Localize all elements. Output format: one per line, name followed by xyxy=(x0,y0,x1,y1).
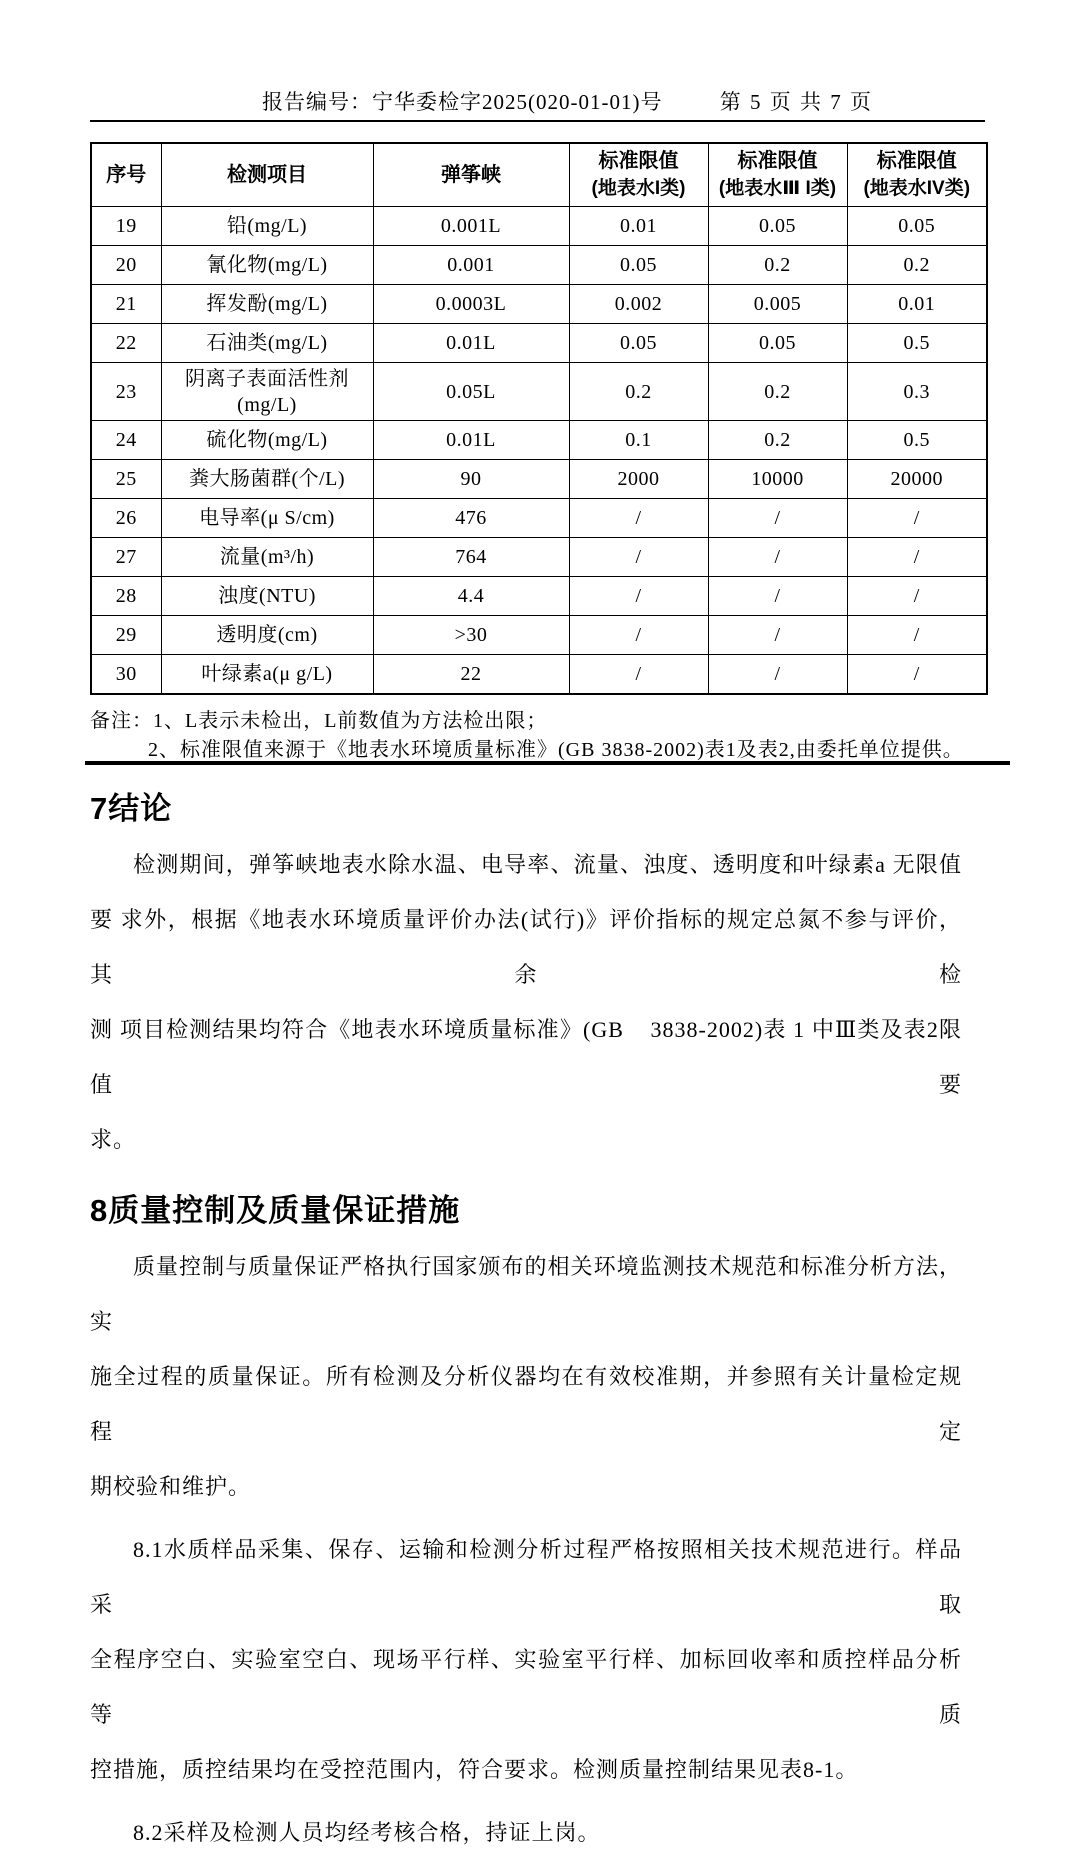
cell-limit1: 0.05 xyxy=(569,324,708,363)
note-line-2: 2、标准限值来源于《地表水环境质量标准》(GB 3838-2002)表1及表2,… xyxy=(148,736,985,765)
col-limit3-sub: (地表水Ⅲ I类) xyxy=(713,175,843,202)
cell-no: 28 xyxy=(91,577,161,616)
col-limit4-title: 标准限值 xyxy=(852,148,983,175)
cell-no: 21 xyxy=(91,285,161,324)
cell-item: 叶绿素a(μ g/L) xyxy=(161,655,373,695)
cell-site-value: 0.01L xyxy=(373,421,569,460)
table-row: 23 阴离子表面活性剂 (mg/L) 0.05L 0.2 0.2 0.3 xyxy=(91,363,987,421)
cell-limit4: 0.5 xyxy=(847,421,987,460)
cell-limit1: 0.05 xyxy=(569,246,708,285)
cell-site-value: >30 xyxy=(373,616,569,655)
table-row: 22 石油类(mg/L) 0.01L 0.05 0.05 0.5 xyxy=(91,324,987,363)
cell-no: 23 xyxy=(91,363,161,421)
table-row: 30 叶绿素a(μ g/L) 22 / / / xyxy=(91,655,987,695)
cell-limit4: 0.5 xyxy=(847,324,987,363)
table-row: 29 透明度(cm) >30 / / / xyxy=(91,616,987,655)
conclusion-paragraph: 检测期间，弹筝峡地表水除水温、电导率、流量、浊度、透明度和叶绿素a 无限值 要 … xyxy=(90,837,962,1167)
cell-limit4: / xyxy=(847,499,987,538)
table-row: 21 挥发酚(mg/L) 0.0003L 0.002 0.005 0.01 xyxy=(91,285,987,324)
cell-limit4: / xyxy=(847,655,987,695)
cell-limit3: / xyxy=(708,499,847,538)
cell-no: 19 xyxy=(91,207,161,246)
paragraph-line: 全程序空白、实验室空白、现场平行样、实验室平行样、加标回收率和质控样品分析等质 xyxy=(90,1632,962,1742)
cell-limit3: / xyxy=(708,616,847,655)
cell-site-value: 0.001 xyxy=(373,246,569,285)
cell-limit1: / xyxy=(569,577,708,616)
col-header-limit1: 标准限值 (地表水I类) xyxy=(569,143,708,207)
cell-limit3: / xyxy=(708,538,847,577)
cell-site-value: 22 xyxy=(373,655,569,695)
cell-item: 石油类(mg/L) xyxy=(161,324,373,363)
cell-limit4: / xyxy=(847,577,987,616)
cell-limit1: / xyxy=(569,655,708,695)
note-line-1: 备注：1、L表示未检出，L前数值为方法检出限； xyxy=(90,707,985,736)
document-page: 报告编号：宁华委检字2025(020-01-01)号 第 5 页 共 7 页 序… xyxy=(0,0,1075,1521)
col-limit1-sub: (地表水I类) xyxy=(574,175,704,202)
paragraph-line: 要 求外，根据《地表水环境质量评价办法(试行)》评价指标的规定总氮不参与评价，其… xyxy=(90,892,962,1002)
col-header-site: 弹筝峡 xyxy=(373,143,569,207)
paragraph-line: 期校验和维护。 xyxy=(90,1459,962,1514)
cell-limit1: 2000 xyxy=(569,460,708,499)
paragraph-line: 施全过程的质量保证。所有检测及分析仪器均在有效校准期，并参照有关计量检定规程定 xyxy=(90,1349,962,1459)
table-row: 25 粪大肠菌群(个/L) 90 2000 10000 20000 xyxy=(91,460,987,499)
col-limit4-sub: (地表水IV类) xyxy=(852,175,983,202)
cell-limit1: 0.002 xyxy=(569,285,708,324)
paragraph-line: 求。 xyxy=(90,1112,962,1167)
table-row: 24 硫化物(mg/L) 0.01L 0.1 0.2 0.5 xyxy=(91,421,987,460)
cell-item: 挥发酚(mg/L) xyxy=(161,285,373,324)
quality-paragraph-1: 质量控制与质量保证严格执行国家颁布的相关环境监测技术规范和标准分析方法，实 施全… xyxy=(90,1239,962,1514)
cell-item: 硫化物(mg/L) xyxy=(161,421,373,460)
cell-no: 26 xyxy=(91,499,161,538)
cell-limit1: 0.2 xyxy=(569,363,708,421)
cell-limit4: 20000 xyxy=(847,460,987,499)
cell-site-value: 4.4 xyxy=(373,577,569,616)
cell-limit3: 0.05 xyxy=(708,324,847,363)
quality-paragraph-3: 8.2采样及检测人员均经考核合格，持证上岗。 xyxy=(90,1805,962,1860)
cell-item: 粪大肠菌群(个/L) xyxy=(161,460,373,499)
cell-site-value: 764 xyxy=(373,538,569,577)
report-number: 报告编号：宁华委检字2025(020-01-01)号 xyxy=(262,86,662,116)
table-row: 19 铅(mg/L) 0.001L 0.01 0.05 0.05 xyxy=(91,207,987,246)
col-limit3-title: 标准限值 xyxy=(713,148,843,175)
paragraph-line: 质量控制与质量保证严格执行国家颁布的相关环境监测技术规范和标准分析方法，实 xyxy=(90,1239,962,1349)
cell-limit4: 0.01 xyxy=(847,285,987,324)
col-header-limit3: 标准限值 (地表水Ⅲ I类) xyxy=(708,143,847,207)
col-limit1-title: 标准限值 xyxy=(574,148,704,175)
cell-limit4: / xyxy=(847,616,987,655)
cell-limit3: 10000 xyxy=(708,460,847,499)
table-row: 28 浊度(NTU) 4.4 / / / xyxy=(91,577,987,616)
col-header-no: 序号 xyxy=(91,143,161,207)
cell-site-value: 0.01L xyxy=(373,324,569,363)
cell-item: 流量(m³/h) xyxy=(161,538,373,577)
table-header-row: 序号 检测项目 弹筝峡 标准限值 (地表水I类) 标准限值 (地表水Ⅲ I类) … xyxy=(91,143,987,207)
cell-limit3: / xyxy=(708,577,847,616)
paragraph-line: 8.1水质样品采集、保存、运输和检测分析过程严格按照相关技术规范进行。样品采取 xyxy=(90,1522,962,1632)
cell-limit1: / xyxy=(569,499,708,538)
cell-no: 25 xyxy=(91,460,161,499)
quality-paragraph-2: 8.1水质样品采集、保存、运输和检测分析过程严格按照相关技术规范进行。样品采取 … xyxy=(90,1522,962,1797)
col-header-item: 检测项目 xyxy=(161,143,373,207)
cell-limit3: 0.05 xyxy=(708,207,847,246)
cell-limit1: 0.1 xyxy=(569,421,708,460)
cell-limit4: 0.2 xyxy=(847,246,987,285)
cell-item: 电导率(μ S/cm) xyxy=(161,499,373,538)
cell-limit1: / xyxy=(569,538,708,577)
cell-item: 浊度(NTU) xyxy=(161,577,373,616)
table-row: 26 电导率(μ S/cm) 476 / / / xyxy=(91,499,987,538)
cell-item: 透明度(cm) xyxy=(161,616,373,655)
cell-no: 30 xyxy=(91,655,161,695)
paragraph-line: 8.2采样及检测人员均经考核合格，持证上岗。 xyxy=(90,1805,962,1860)
cell-site-value: 0.0003L xyxy=(373,285,569,324)
cell-no: 20 xyxy=(91,246,161,285)
cell-item: 阴离子表面活性剂 (mg/L) xyxy=(161,363,373,421)
table-notes: 备注：1、L表示未检出，L前数值为方法检出限； 2、标准限值来源于《地表水环境质… xyxy=(90,707,985,765)
page-indicator: 第 5 页 共 7 页 xyxy=(720,86,873,116)
cell-no: 29 xyxy=(91,616,161,655)
paragraph-line: 检测期间，弹筝峡地表水除水温、电导率、流量、浊度、透明度和叶绿素a 无限值 xyxy=(90,837,962,892)
cell-item: 铅(mg/L) xyxy=(161,207,373,246)
cell-limit3: 0.2 xyxy=(708,363,847,421)
cell-limit1: / xyxy=(569,616,708,655)
cell-site-value: 0.05L xyxy=(373,363,569,421)
conclusion-heading: 7结论 xyxy=(90,789,985,829)
table-row: 20 氰化物(mg/L) 0.001 0.05 0.2 0.2 xyxy=(91,246,987,285)
cell-item: 氰化物(mg/L) xyxy=(161,246,373,285)
paragraph-line: 控措施，质控结果均在受控范围内，符合要求。检测质量控制结果见表8-1。 xyxy=(90,1742,962,1797)
page-header: 报告编号：宁华委检字2025(020-01-01)号 第 5 页 共 7 页 xyxy=(90,86,985,116)
cell-site-value: 90 xyxy=(373,460,569,499)
cell-limit3: 0.2 xyxy=(708,246,847,285)
quality-heading: 8质量控制及质量保证措施 xyxy=(90,1191,985,1231)
cell-no: 22 xyxy=(91,324,161,363)
cell-no: 24 xyxy=(91,421,161,460)
table-header: 序号 检测项目 弹筝峡 标准限值 (地表水I类) 标准限值 (地表水Ⅲ I类) … xyxy=(91,143,987,207)
cell-site-value: 476 xyxy=(373,499,569,538)
paragraph-line: 测 项目检测结果均符合《地表水环境质量标准》(GB 3838-2002)表 1 … xyxy=(90,1002,962,1112)
table-row: 27 流量(m³/h) 764 / / / xyxy=(91,538,987,577)
monitoring-results-table: 序号 检测项目 弹筝峡 标准限值 (地表水I类) 标准限值 (地表水Ⅲ I类) … xyxy=(90,142,988,695)
col-header-limit4: 标准限值 (地表水IV类) xyxy=(847,143,987,207)
cell-limit3: / xyxy=(708,655,847,695)
cell-limit4: 0.05 xyxy=(847,207,987,246)
cell-no: 27 xyxy=(91,538,161,577)
header-rule xyxy=(90,120,985,122)
cell-limit4: / xyxy=(847,538,987,577)
cell-limit3: 0.005 xyxy=(708,285,847,324)
cell-limit3: 0.2 xyxy=(708,421,847,460)
cell-limit4: 0.3 xyxy=(847,363,987,421)
cell-site-value: 0.001L xyxy=(373,207,569,246)
cell-limit1: 0.01 xyxy=(569,207,708,246)
